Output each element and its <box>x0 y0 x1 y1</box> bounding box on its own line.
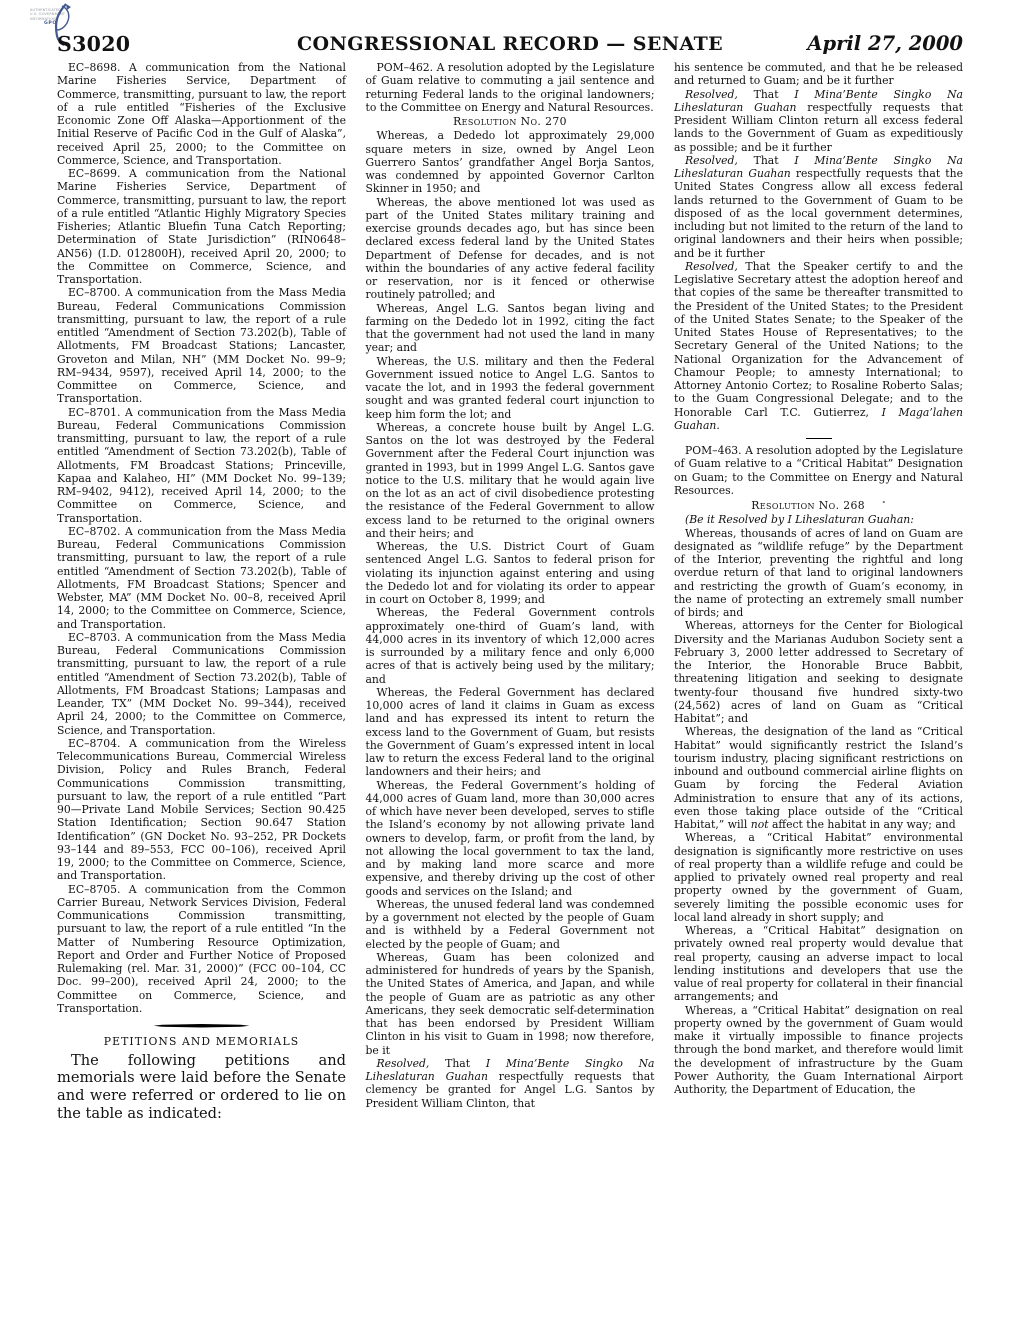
whereas-clause: Whereas, the Federal Government’s holdin… <box>366 779 655 898</box>
ec-item-8702: EC–8702. A communication from the Mass M… <box>57 525 346 631</box>
pom-item-462: POM–462. A resolution adopted by the Leg… <box>366 61 655 114</box>
whereas-clause: Whereas, a Dededo lot approximately 29,0… <box>366 129 655 195</box>
resolution-270-heading: Resolution No. 270 <box>366 115 655 128</box>
whereas-clause: Whereas, Guam has been colonized and adm… <box>366 951 655 1057</box>
whereas-clause: Whereas, Angel L.G. Santos began living … <box>366 302 655 355</box>
congressional-record-page: AUTHENTICATED U.S. GOVERNMENT INFORMATIO… <box>0 0 1020 1320</box>
column-right: his sentence be commuted, and that he be… <box>674 61 963 1122</box>
whereas-clause: Whereas, the unused federal land was con… <box>366 898 655 951</box>
resolved-clause: Resolved, That I Mina’Bente Singko Na Li… <box>674 88 963 154</box>
whereas-clause: Whereas, the Federal Government controls… <box>366 606 655 686</box>
whereas-clause: Whereas, the Federal Government has decl… <box>366 686 655 779</box>
whereas-clause: Whereas, a “Critical Habitat” designatio… <box>674 1004 963 1097</box>
whereas-clause: Whereas, a concrete house built by Angel… <box>366 421 655 540</box>
whereas-clause: Whereas, a “Critical Habitat” environmen… <box>674 831 963 924</box>
ec-item-8704: EC–8704. A communication from the Wirele… <box>57 737 346 883</box>
section-divider <box>154 1024 250 1028</box>
ec-item-8701: EC–8701. A communication from the Mass M… <box>57 406 346 525</box>
page-header: S3020 CONGRESSIONAL RECORD — SENATE Apri… <box>0 32 1020 58</box>
resolved-clause: Resolved, That I Mina’Bente Singko Na Li… <box>674 154 963 260</box>
whereas-clause: Whereas, the above mentioned lot was use… <box>366 196 655 302</box>
resolution-268-heading: Resolution No. 268° <box>674 498 963 512</box>
ec-item-8705: EC–8705. A communication from the Common… <box>57 883 346 1016</box>
resolved-continuation: his sentence be commuted, and that he be… <box>674 61 963 88</box>
header-date: April 27, 2000 <box>807 32 963 55</box>
ec-item-8699: EC–8699. A communication from the Nation… <box>57 167 346 286</box>
whereas-clause: Whereas, thousands of acres of land on G… <box>674 527 963 620</box>
petitions-intro: The following petitions and memorials we… <box>57 1052 346 1122</box>
resolved-clause: Resolved, That the Speaker certify to an… <box>674 260 963 432</box>
whereas-clause: Whereas, the U.S. District Court of Guam… <box>366 540 655 606</box>
whereas-clause: Whereas, the designation of the land as … <box>674 725 963 831</box>
pom-divider <box>806 438 832 439</box>
column-left: EC–8698. A communication from the Nation… <box>57 61 346 1122</box>
heading-mark: ° <box>882 500 886 508</box>
ec-item-8698: EC–8698. A communication from the Nation… <box>57 61 346 167</box>
ec-item-8700: EC–8700. A communication from the Mass M… <box>57 286 346 405</box>
pom-item-463: POM–463. A resolution adopted by the Leg… <box>674 444 963 497</box>
whereas-clause: Whereas, the U.S. military and then the … <box>366 355 655 421</box>
petitions-and-memorials-heading: PETITIONS AND MEMORIALS <box>57 1035 346 1048</box>
whereas-clause: Whereas, attorneys for the Center for Bi… <box>674 619 963 725</box>
whereas-clause: Whereas, a “Critical Habitat” designatio… <box>674 924 963 1004</box>
column-center: POM–462. A resolution adopted by the Leg… <box>366 61 655 1122</box>
ec-item-8703: EC–8703. A communication from the Mass M… <box>57 631 346 737</box>
text-columns: EC–8698. A communication from the Nation… <box>57 61 963 1122</box>
resolving-clause: (Be it Resolved by I Liheslaturan Guahan… <box>674 513 963 526</box>
resolved-clause: Resolved, That I Mina’Bente Singko Na Li… <box>366 1057 655 1110</box>
